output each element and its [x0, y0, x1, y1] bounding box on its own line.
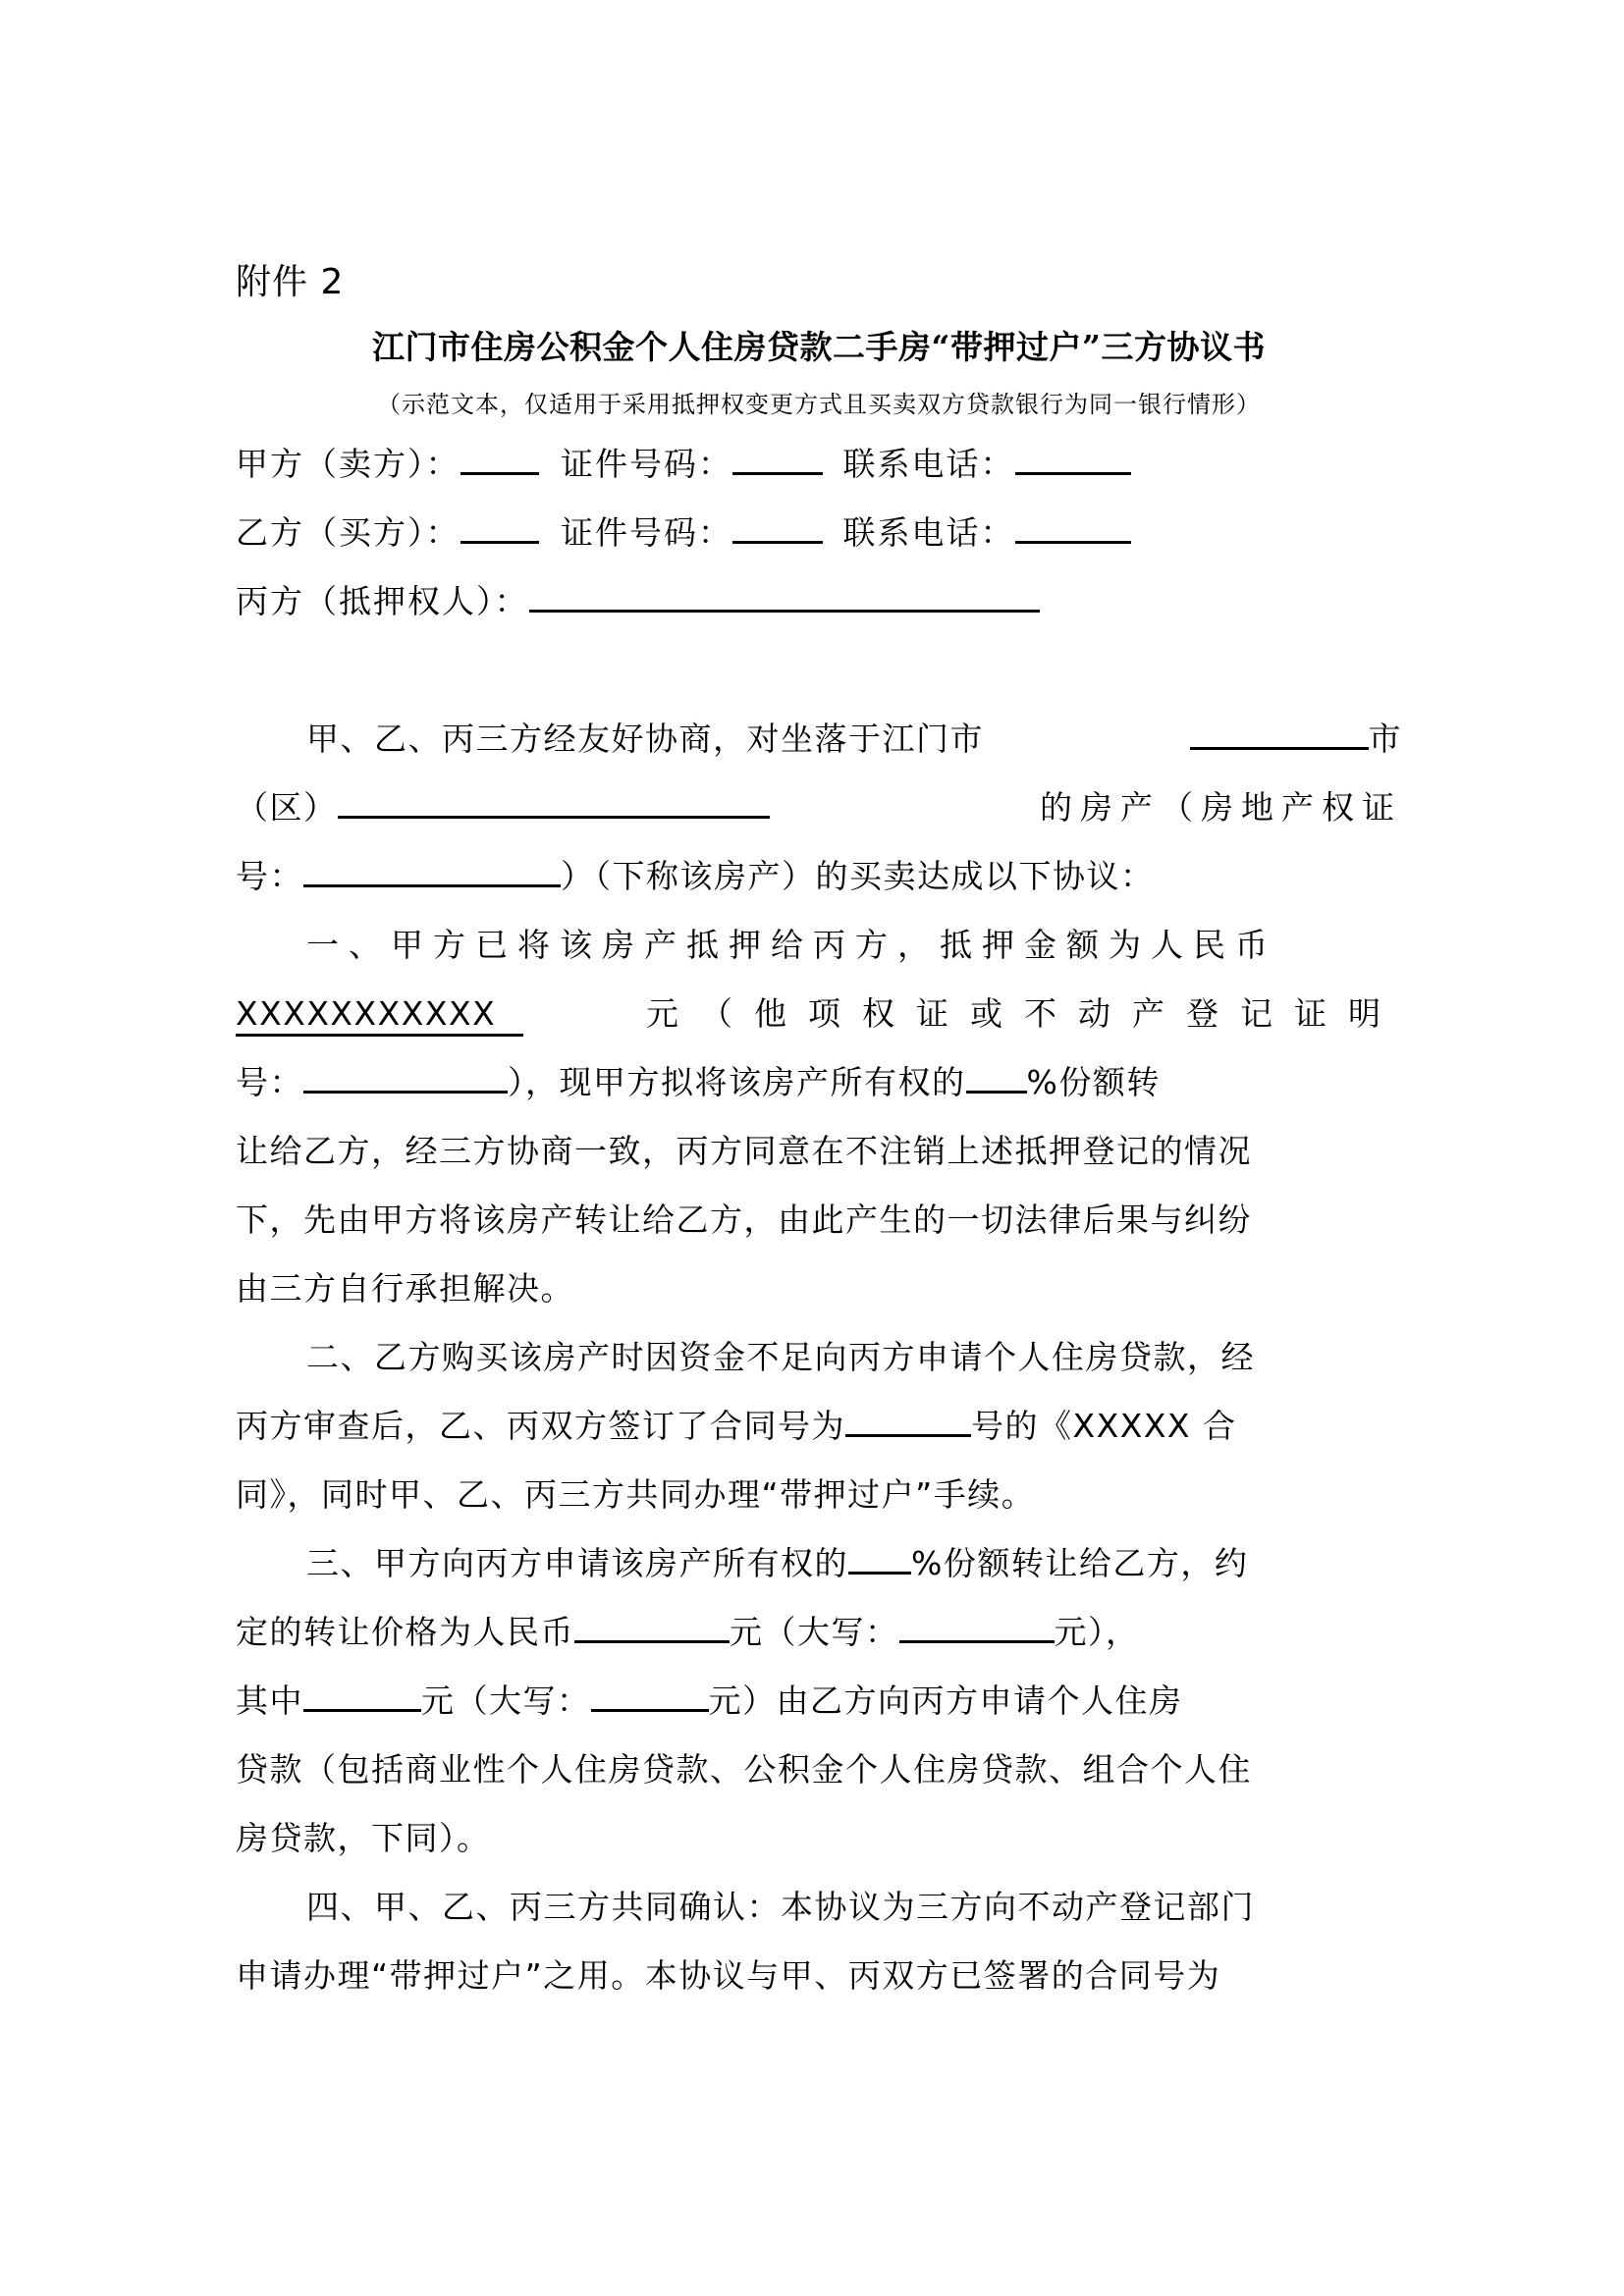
document-title: 江门市住房公积金个人住房贷款二手房“带押过户”三方协议书 [236, 316, 1402, 379]
party-a-phone-field[interactable] [1015, 443, 1131, 475]
clause-3-line-5: 房贷款，下同）。 [236, 1804, 1402, 1873]
party-c-label: 丙方（抵押权人）： [236, 582, 529, 620]
document-page: 附件 2 江门市住房公积金个人住房贷款二手房“带押过户”三方协议书 （示范文本，… [236, 253, 1402, 2010]
party-a-id-label: 证件号码： [561, 445, 732, 483]
transfer-price-caps-field[interactable] [899, 1611, 1055, 1643]
clause-1-line-1: 一、甲方已将该房产抵押给丙方，抵押金额为人民币 [236, 911, 1402, 980]
intro-line-2: （区） 的房产（房地产权证 [236, 774, 1402, 842]
party-c-row: 丙方（抵押权人）： [236, 567, 1402, 636]
document-subtitle: （示范文本，仅适用于采用抵押权变更方式且买卖双方贷款银行为同一银行情形） [236, 379, 1402, 430]
share-percent-field[interactable] [966, 1061, 1027, 1094]
clause-1-line-5: 下，先由甲方将该房产转让给乙方，由此产生的一切法律后果与纠纷 [236, 1186, 1402, 1255]
mortgage-amount-field[interactable]: XXXXXXXXXXX [236, 994, 523, 1037]
intro-line-3: 号：）（下称该房产）的买卖达成以下协议： [236, 842, 1402, 911]
clause-3-line-4: 贷款（包括商业性个人住房贷款、公积金个人住房贷款、组合个人住 [236, 1735, 1402, 1804]
party-b-label: 乙方（买方）： [236, 513, 460, 552]
party-b-name-field[interactable] [460, 511, 539, 544]
address-field[interactable] [338, 786, 770, 819]
party-c-name-field[interactable] [529, 580, 1040, 613]
transfer-share-percent-field[interactable] [848, 1542, 911, 1575]
party-b-phone-label: 联系电话： [843, 513, 1015, 552]
party-a-row: 甲方（卖方）： 证件号码： 联系电话： [236, 430, 1402, 499]
party-b-phone-field[interactable] [1015, 511, 1131, 544]
agreement-body: 甲、乙、丙三方经友好协商，对坐落于江门市 市 （区） 的房产（房地产权证 号：）… [236, 705, 1402, 2010]
party-a-name-field[interactable] [460, 443, 539, 475]
loan-amount-caps-field[interactable] [591, 1680, 709, 1712]
intro-line-1: 甲、乙、丙三方经友好协商，对坐落于江门市 市 [236, 705, 1402, 774]
clause-2-line-2: 丙方审查后，乙、丙双方签订了合同号为号的《XXXXX 合 [236, 1392, 1402, 1461]
clause-3-line-2: 定的转让价格为人民币元（大写：元）， [236, 1598, 1402, 1667]
clause-3-line-3: 其中元（大写：元）由乙方向丙方申请个人住房 [236, 1667, 1402, 1735]
property-cert-field[interactable] [303, 855, 561, 887]
loan-contract-no-field[interactable] [845, 1405, 971, 1437]
party-a-id-field[interactable] [732, 443, 823, 475]
clause-3-line-1: 三、甲方向丙方申请该房产所有权的%份额转让给乙方，约 [236, 1529, 1402, 1598]
loan-amount-field[interactable] [303, 1680, 421, 1712]
clause-4-line-2: 申请办理“带押过户”之用。本协议与甲、丙双方已签署的合同号为 [236, 1942, 1402, 2010]
clause-2-line-1: 二、乙方购买该房产时因资金不足向丙方申请个人住房贷款，经 [236, 1323, 1402, 1392]
party-b-row: 乙方（买方）： 证件号码： 联系电话： [236, 499, 1402, 567]
clause-1-line-4: 让给乙方，经三方协商一致，丙方同意在不注销上述抵押登记的情况 [236, 1117, 1402, 1186]
other-cert-field[interactable] [303, 1061, 508, 1094]
clause-4-line-1: 四、甲、乙、丙三方共同确认：本协议为三方向不动产登记部门 [236, 1873, 1402, 1942]
clause-1-line-6: 由三方自行承担解决。 [236, 1255, 1402, 1323]
attachment-label: 附件 2 [236, 253, 1402, 316]
transfer-price-field[interactable] [574, 1611, 730, 1643]
party-a-phone-label: 联系电话： [843, 445, 1015, 483]
clause-2-line-3: 同》，同时甲、乙、丙三方共同办理“带押过户”手续。 [236, 1461, 1402, 1529]
party-b-id-label: 证件号码： [561, 513, 732, 552]
party-a-label: 甲方（卖方）： [236, 445, 460, 483]
city-field[interactable] [1190, 718, 1369, 750]
party-b-id-field[interactable] [732, 511, 823, 544]
clause-1-line-2: XXXXXXXXXXX 元（他项权证或不动产登记证明 [236, 980, 1402, 1048]
clause-1-line-3: 号：），现甲方拟将该房产所有权的%份额转 [236, 1048, 1402, 1117]
